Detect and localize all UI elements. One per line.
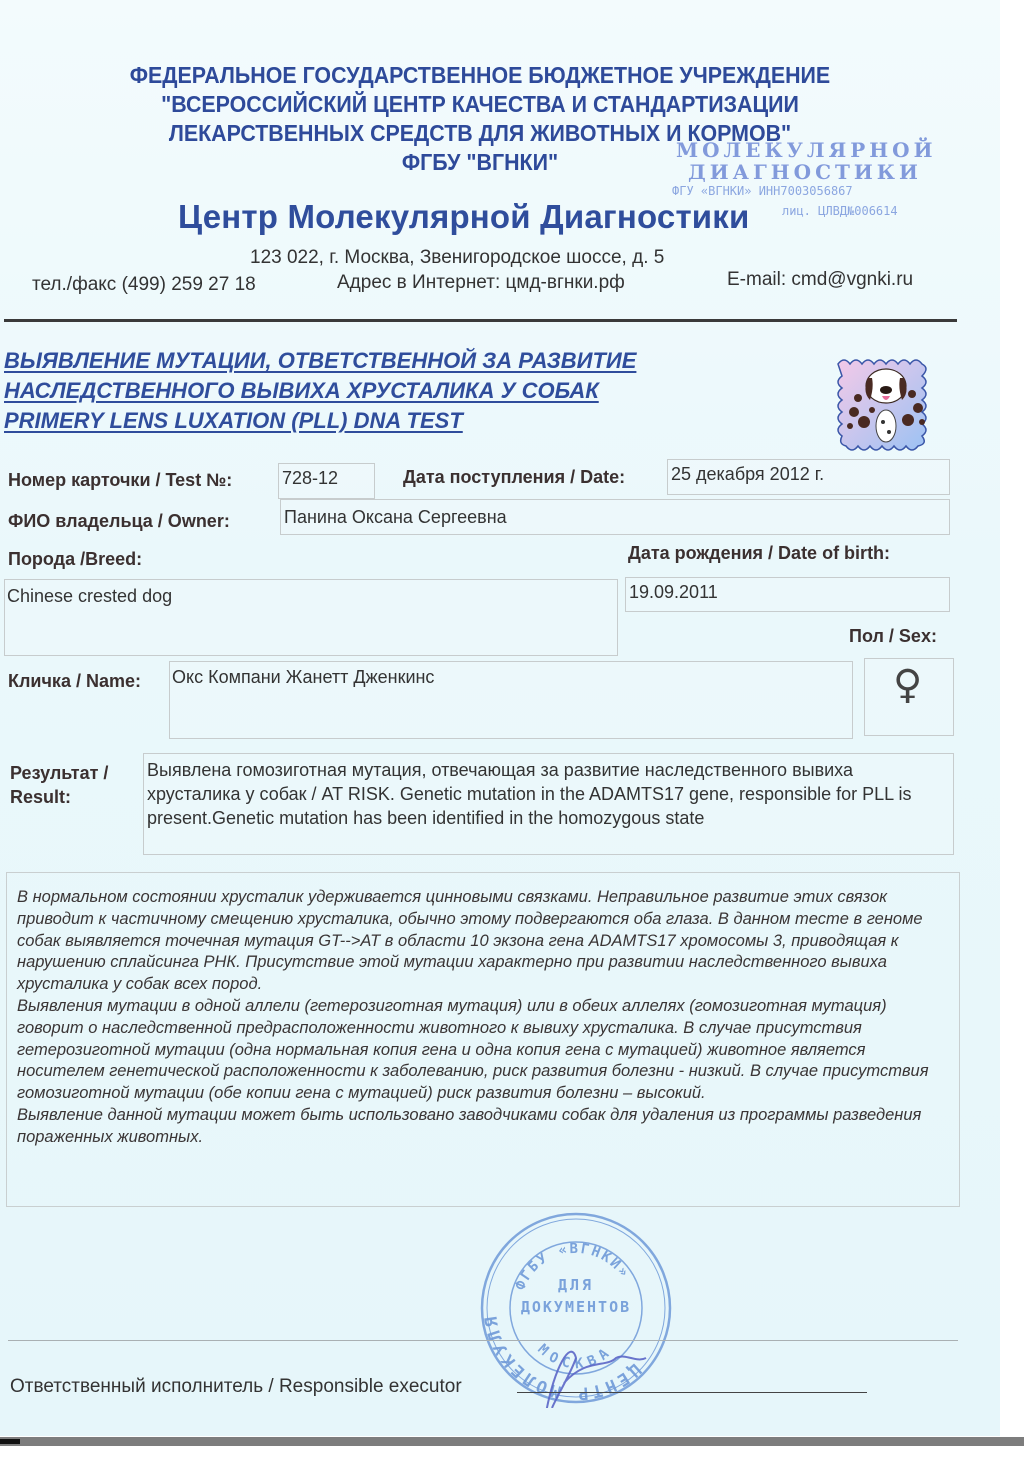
breed-value: Chinese crested dog: [7, 586, 172, 607]
owner-label: ФИО владельца / Owner:: [8, 511, 230, 532]
address: 123 022, г. Москва, Звенигородское шоссе…: [250, 247, 664, 269]
test-title-line-1: ВЫЯВЛЕНИЕ МУТАЦИИ, ОТВЕТСТВЕННОЙ ЗА РАЗВ…: [4, 348, 636, 374]
svg-text:ДЛЯ: ДЛЯ: [558, 1276, 594, 1294]
breed-label: Порода /Breed:: [8, 549, 142, 570]
header-stamp-line-1: МОЛЕКУЛЯРНОЙ: [676, 138, 937, 162]
header-stamp-line-3: ФГУ «ВГНКИ» ИНН7003056867: [672, 184, 853, 198]
explanation-paragraph-2: Выявления мутации в одной аллели (гетеро…: [17, 996, 952, 1105]
certificate-sheet: ФЕДЕРАЛЬНОЕ ГОСУДАРСТВЕННОЕ БЮДЖЕТНОЕ УЧ…: [0, 0, 1000, 1436]
round-seal-icon: ЦЕНТР МОЛЕКУЛЯРНОЙ ДИАГНОСТИКИ ФГБУ «ВГН…: [476, 1208, 676, 1408]
header-divider: [4, 319, 957, 322]
test-number-value: 728-12: [282, 468, 338, 489]
name-value: Окс Компани Жанетт Дженкинс: [172, 667, 434, 688]
result-label-en: Result:: [10, 787, 71, 808]
date-label: Дата поступления / Date:: [403, 467, 625, 488]
test-title-line-3: PRIMERY LENS LUXATION (PLL) DNA TEST: [4, 408, 463, 434]
result-value: Выявлена гомозиготная мутация, отвечающа…: [147, 758, 947, 830]
name-label: Кличка / Name:: [8, 671, 141, 692]
explanation-box: В нормальном состоянии хрусталик удержив…: [6, 872, 960, 1207]
dob-label: Дата рождения / Date of birth:: [628, 543, 890, 564]
org-line-1: ФЕДЕРАЛЬНОЕ ГОСУДАРСТВЕННОЕ БЮДЖЕТНОЕ УЧ…: [34, 62, 927, 89]
explanation-paragraph-1: В нормальном состоянии хрусталик удержив…: [17, 887, 952, 996]
header-stamp-line-2: ДИАГНОСТИКИ: [688, 160, 922, 184]
phone-fax: тел./факс (499) 259 27 18: [32, 274, 256, 296]
female-symbol-icon: ♀: [893, 662, 922, 708]
svg-text:ДОКУМЕНТОВ: ДОКУМЕНТОВ: [521, 1298, 631, 1316]
footer-divider: [8, 1340, 958, 1341]
website[interactable]: Адрес в Интернет: цмд-вгнки.рф: [337, 272, 625, 294]
date-value: 25 декабря 2012 г.: [671, 464, 824, 485]
dalmatian-logo-icon: [828, 350, 948, 452]
result-label-ru: Результат /: [10, 763, 108, 784]
email[interactable]: E-mail: cmd@vgnki.ru: [727, 269, 913, 291]
org-line-2: "ВСЕРОССИЙСКИЙ ЦЕНТР КАЧЕСТВА И СТАНДАРТ…: [34, 91, 927, 118]
dob-value: 19.09.2011: [629, 582, 718, 603]
scan-bottom-edge: [0, 1437, 1024, 1446]
test-title-line-2: НАСЛЕДСТВЕННОГО ВЫВИХА ХРУСТАЛИКА У СОБА…: [4, 378, 599, 404]
center-title: Центр Молекулярной Диагностики: [178, 198, 750, 236]
sex-label: Пол / Sex:: [849, 626, 937, 647]
executor-label: Ответственный исполнитель / Responsible …: [10, 1376, 462, 1398]
signature-line: [517, 1392, 867, 1393]
test-number-label: Номер карточки / Test №:: [8, 470, 232, 491]
explanation-paragraph-3: Выявление данной мутации может быть испо…: [17, 1105, 952, 1149]
header-stamp-line-4: лиц. ЦЛВД№006614: [782, 204, 898, 218]
owner-value: Панина Оксана Сергеевна: [284, 507, 507, 528]
